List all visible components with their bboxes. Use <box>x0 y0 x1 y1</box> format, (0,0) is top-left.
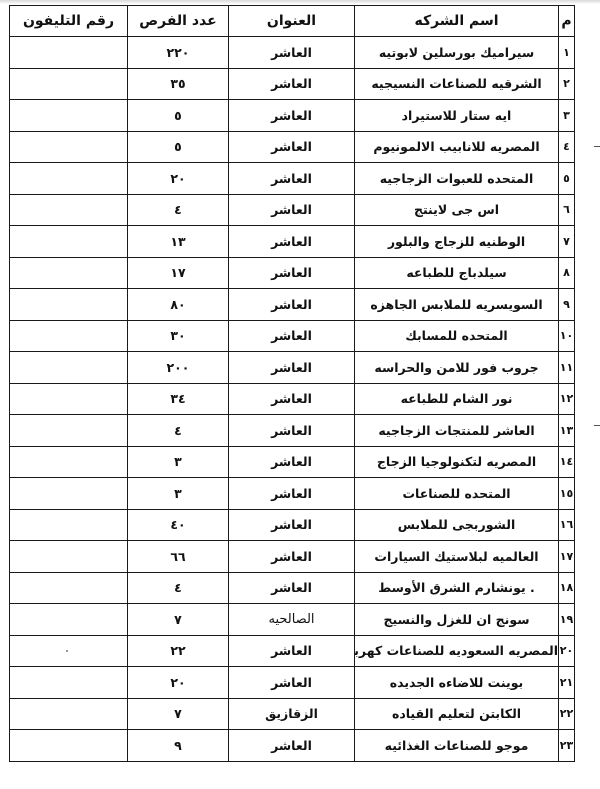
table-row: ١٧العالميه لبلاستيك السياراتالعاشر٦٦ <box>10 541 575 573</box>
phone-cell <box>10 730 128 762</box>
address-cell: العاشر <box>229 635 355 667</box>
table-row: ٩السويسريه للملابس الجاهزهالعاشر٨٠ <box>10 289 575 321</box>
company-name-cell: جروب فور للامن والحراسه <box>355 352 559 384</box>
phone-cell <box>10 37 128 69</box>
row-index: ١٣ <box>559 415 575 447</box>
address-cell: العاشر <box>229 730 355 762</box>
phone-cell <box>10 635 128 667</box>
address-cell: العاشر <box>229 352 355 384</box>
company-name-cell: اس جى لاينتج <box>355 194 559 226</box>
row-index: ٤ <box>559 131 575 163</box>
company-name-cell: ايه ستار للاستيراد <box>355 100 559 132</box>
address-cell: الزقازيق <box>229 698 355 730</box>
header-index: م <box>559 6 575 37</box>
row-index: ٢١ <box>559 667 575 699</box>
openings-cell: ٣ <box>128 478 229 510</box>
company-name-cell: المتحده للعبوات الزجاجيه <box>355 163 559 195</box>
company-name-cell: موجو للصناعات الغذائيه <box>355 730 559 762</box>
address-cell: العاشر <box>229 415 355 447</box>
page-top-edge <box>0 0 600 4</box>
table-row: ١٨. يونشارم الشرق الأوسطالعاشر٤ <box>10 572 575 604</box>
company-name-cell: سونج ان للغزل والنسيج <box>355 604 559 636</box>
phone-cell <box>10 541 128 573</box>
company-name-cell: الكابتن لتعليم القياده <box>355 698 559 730</box>
phone-cell <box>10 257 128 289</box>
address-cell: العاشر <box>229 320 355 352</box>
table-row: ١٩سونج ان للغزل والنسيجالصالحيه٧ <box>10 604 575 636</box>
company-name-cell: الشوربجى للملابس <box>355 509 559 541</box>
openings-cell: ٢٢٠ <box>128 37 229 69</box>
company-name-cell: سيراميك بورسلين لابوتيه <box>355 37 559 69</box>
address-cell: العاشر <box>229 100 355 132</box>
phone-cell <box>10 100 128 132</box>
company-name-cell: الشرقيه للصناعات النسيجيه <box>355 68 559 100</box>
phone-cell <box>10 352 128 384</box>
table-row: ٢٢الكابتن لتعليم القيادهالزقازيق٧ <box>10 698 575 730</box>
header-phone: رقم التليفون <box>10 6 128 37</box>
phone-cell <box>10 572 128 604</box>
phone-cell <box>10 163 128 195</box>
company-name-cell: الوطنيه للزجاج والبلور <box>355 226 559 258</box>
table-row: ٣ايه ستار للاستيرادالعاشر٥ <box>10 100 575 132</box>
margin-mark <box>594 425 600 426</box>
table-row: ٤المصريه للانابيب الالمونيومالعاشر٥ <box>10 131 575 163</box>
company-name-cell: بوينت للاضاءه الجديده <box>355 667 559 699</box>
openings-cell: ٥ <box>128 131 229 163</box>
phone-cell <box>10 415 128 447</box>
table-row: ٨سيلدباج للطباعهالعاشر١٧ <box>10 257 575 289</box>
openings-cell: ٨٠ <box>128 289 229 321</box>
openings-cell: ٢٠ <box>128 667 229 699</box>
row-index: ١٧ <box>559 541 575 573</box>
row-index: ١٠ <box>559 320 575 352</box>
address-cell: العاشر <box>229 541 355 573</box>
phone-cell <box>10 131 128 163</box>
openings-cell: ٣٠ <box>128 320 229 352</box>
row-index: ٩ <box>559 289 575 321</box>
address-cell: العاشر <box>229 257 355 289</box>
openings-cell: ٤٠ <box>128 509 229 541</box>
company-name-cell: السويسريه للملابس الجاهزه <box>355 289 559 321</box>
table-row: ٢٠المصريه السعوديه للصناعات كهرباالعاشر٢… <box>10 635 575 667</box>
row-index: ١ <box>559 37 575 69</box>
openings-cell: ٢٠ <box>128 163 229 195</box>
phone-cell <box>10 698 128 730</box>
row-index: ١٦ <box>559 509 575 541</box>
company-name-cell: المتحده للصناعات <box>355 478 559 510</box>
row-index: ١٨ <box>559 572 575 604</box>
address-cell: العاشر <box>229 509 355 541</box>
table-row: ٧الوطنيه للزجاج والبلورالعاشر١٣ <box>10 226 575 258</box>
openings-cell: ٣ <box>128 446 229 478</box>
header-openings: عدد الفرص <box>128 6 229 37</box>
company-name-cell: المتحده للمسابك <box>355 320 559 352</box>
company-name-cell: نور الشام للطباعه <box>355 383 559 415</box>
table-row: ١٢نور الشام للطباعهالعاشر٣٤ <box>10 383 575 415</box>
company-name-cell: المصريه لتكنولوجيا الزجاج <box>355 446 559 478</box>
row-index: ٧ <box>559 226 575 258</box>
row-index: ٢٢ <box>559 698 575 730</box>
phone-cell <box>10 509 128 541</box>
address-cell: العاشر <box>229 478 355 510</box>
table-body: ١سيراميك بورسلين لابوتيهالعاشر٢٢٠٢الشرقي… <box>10 37 575 762</box>
phone-cell <box>10 226 128 258</box>
table-row: ٢الشرقيه للصناعات النسيجيهالعاشر٣٥ <box>10 68 575 100</box>
company-name-cell: . يونشارم الشرق الأوسط <box>355 572 559 604</box>
phone-cell <box>10 68 128 100</box>
table-row: ١٣العاشر للمنتجات الزجاجيهالعاشر٤ <box>10 415 575 447</box>
address-cell: العاشر <box>229 37 355 69</box>
phone-cell <box>10 289 128 321</box>
row-index: ٢٠ <box>559 635 575 667</box>
address-cell: العاشر <box>229 226 355 258</box>
company-name-cell: سيلدباج للطباعه <box>355 257 559 289</box>
address-cell: العاشر <box>229 572 355 604</box>
openings-cell: ٥ <box>128 100 229 132</box>
job-openings-table: م اسم الشركه العنوان عدد الفرص رقم التلي… <box>9 5 575 762</box>
table-row: ١١جروب فور للامن والحراسهالعاشر٢٠٠ <box>10 352 575 384</box>
row-index: ٥ <box>559 163 575 195</box>
row-index: ٨ <box>559 257 575 289</box>
openings-cell: ٣٤ <box>128 383 229 415</box>
table-row: ٢٣موجو للصناعات الغذائيهالعاشر٩ <box>10 730 575 762</box>
phone-cell <box>10 383 128 415</box>
row-index: ٣ <box>559 100 575 132</box>
company-name-cell: المصريه للانابيب الالمونيوم <box>355 131 559 163</box>
table-row: ١٠المتحده للمسابكالعاشر٣٠ <box>10 320 575 352</box>
openings-cell: ٦٦ <box>128 541 229 573</box>
row-index: ١١ <box>559 352 575 384</box>
company-name-cell: العالميه لبلاستيك السيارات <box>355 541 559 573</box>
row-index: ١٩ <box>559 604 575 636</box>
phone-cell <box>10 667 128 699</box>
company-name-cell: العاشر للمنتجات الزجاجيه <box>355 415 559 447</box>
openings-cell: ٤ <box>128 572 229 604</box>
openings-cell: ٤ <box>128 194 229 226</box>
header-address: العنوان <box>229 6 355 37</box>
phone-cell <box>10 478 128 510</box>
openings-cell: ١٣ <box>128 226 229 258</box>
openings-cell: ٣٥ <box>128 68 229 100</box>
table-row: ١٤المصريه لتكنولوجيا الزجاجالعاشر٣ <box>10 446 575 478</box>
openings-cell: ٩ <box>128 730 229 762</box>
address-cell: العاشر <box>229 383 355 415</box>
row-index: ١٢ <box>559 383 575 415</box>
table-row: ١سيراميك بورسلين لابوتيهالعاشر٢٢٠ <box>10 37 575 69</box>
openings-cell: ٤ <box>128 415 229 447</box>
row-index: ٦ <box>559 194 575 226</box>
address-cell: العاشر <box>229 289 355 321</box>
scan-speck <box>66 650 68 652</box>
table-header-row: م اسم الشركه العنوان عدد الفرص رقم التلي… <box>10 6 575 37</box>
phone-cell <box>10 320 128 352</box>
row-index: ١٥ <box>559 478 575 510</box>
openings-cell: ٧ <box>128 698 229 730</box>
address-cell: العاشر <box>229 667 355 699</box>
address-cell: العاشر <box>229 446 355 478</box>
address-cell: العاشر <box>229 163 355 195</box>
table-row: ٢١بوينت للاضاءه الجديدهالعاشر٢٠ <box>10 667 575 699</box>
openings-cell: ١٧ <box>128 257 229 289</box>
openings-cell: ٢٢ <box>128 635 229 667</box>
margin-mark <box>594 146 600 147</box>
table-row: ١٥المتحده للصناعاتالعاشر٣ <box>10 478 575 510</box>
address-cell: العاشر <box>229 68 355 100</box>
header-company-name: اسم الشركه <box>355 6 559 37</box>
row-index: ١٤ <box>559 446 575 478</box>
phone-cell <box>10 604 128 636</box>
table-row: ٥المتحده للعبوات الزجاجيهالعاشر٢٠ <box>10 163 575 195</box>
openings-cell: ٧ <box>128 604 229 636</box>
table-row: ٦اس جى لاينتجالعاشر٤ <box>10 194 575 226</box>
openings-cell: ٢٠٠ <box>128 352 229 384</box>
row-index: ٢ <box>559 68 575 100</box>
row-index: ٢٣ <box>559 730 575 762</box>
phone-cell <box>10 194 128 226</box>
address-cell: العاشر <box>229 194 355 226</box>
phone-cell <box>10 446 128 478</box>
company-name-cell: المصريه السعوديه للصناعات كهربا <box>355 635 559 667</box>
table-row: ١٦الشوربجى للملابسالعاشر٤٠ <box>10 509 575 541</box>
address-cell: الصالحيه <box>229 604 355 636</box>
address-cell: العاشر <box>229 131 355 163</box>
